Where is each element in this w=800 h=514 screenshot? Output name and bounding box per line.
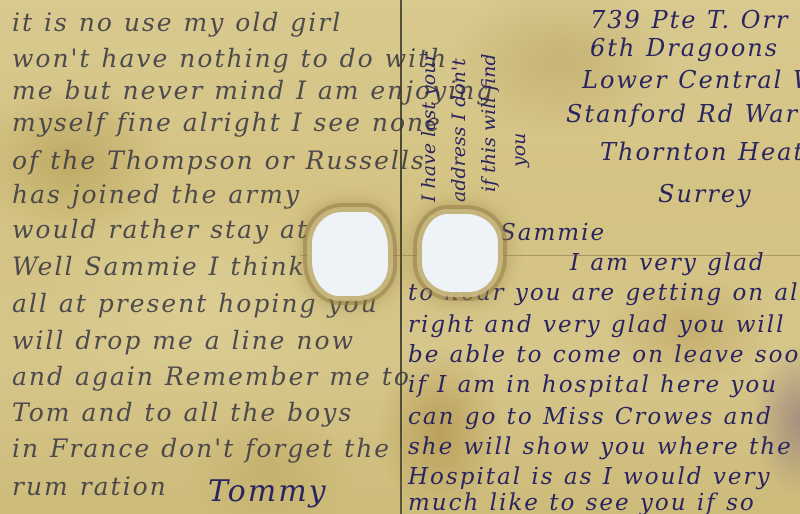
signature: Tommy: [208, 474, 328, 509]
burn-hole-left: [312, 212, 388, 296]
address-line-4: Stanford Rd War Hosp: [566, 100, 800, 128]
burn-hole-right: [422, 214, 498, 292]
right-line-9: much like to see you if so: [408, 490, 756, 514]
margin-note-line-3: if this will find: [478, 54, 500, 193]
left-line-7: would rather stay at: [12, 215, 309, 244]
letter-scan: it is no use my old girl won't have noth…: [0, 0, 800, 514]
address-line-6: Surrey: [658, 180, 753, 208]
left-line-8: Well Sammie I think: [12, 252, 306, 281]
right-line-3: right and very glad you will: [408, 312, 785, 338]
address-line-5: Thornton Heath: [600, 138, 800, 166]
left-line-9: all at present hoping you: [12, 289, 379, 318]
right-line-7: she will show you where the: [408, 434, 793, 460]
right-line-5: if I am in hospital here you: [408, 372, 778, 398]
left-line-2: won't have nothing to do with: [12, 44, 448, 73]
left-line-10: will drop me a line now: [12, 326, 355, 355]
left-line-5: of the Thompson or Russells: [12, 146, 426, 175]
address-line-1: 739 Pte T. Orr: [590, 6, 789, 34]
center-fold: [400, 0, 402, 514]
margin-note-line-1: I have lost your: [418, 52, 440, 202]
left-line-6: has joined the army: [12, 180, 301, 209]
left-line-13: in France don't forget the: [12, 434, 391, 463]
margin-note-line-2: address I don't: [448, 58, 470, 202]
left-line-4: myself fine alright I see none: [12, 108, 442, 137]
left-line-12: Tom and to all the boys: [12, 398, 353, 427]
address-line-2: 6th Dragoons: [590, 34, 779, 62]
right-line-1: I am very glad: [570, 250, 766, 276]
right-line-4: be able to come on leave soon: [408, 342, 800, 368]
left-line-14: rum ration: [12, 472, 168, 501]
left-line-1: it is no use my old girl: [12, 8, 342, 37]
margin-note: I have lost your address I don't if this…: [418, 2, 538, 202]
address-line-3: Lower Central Ward: [582, 66, 800, 94]
left-line-11: and again Remember me to: [12, 362, 411, 391]
right-line-6: can go to Miss Crowes and: [408, 404, 773, 430]
margin-note-line-4: you: [508, 133, 530, 167]
salutation: Sammie: [500, 220, 606, 246]
right-line-8: Hospital is as I would very: [408, 464, 771, 490]
